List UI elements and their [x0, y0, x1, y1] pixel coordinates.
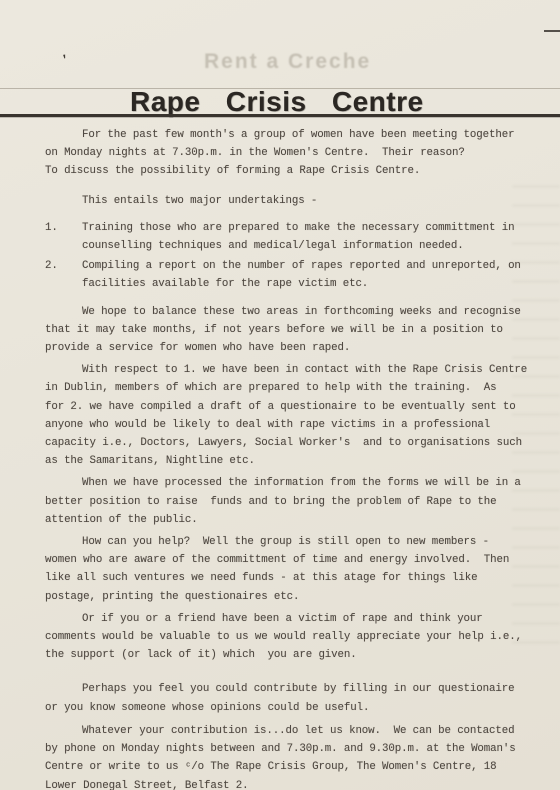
paragraph: When we have processed the information f… [45, 474, 533, 529]
text-line: We hope to balance these two areas in fo… [45, 303, 533, 321]
text-line: as the Samaritans, Nightline etc. [45, 452, 533, 470]
paragraph: Or if you or a friend have been a victim… [45, 610, 533, 665]
item-number: 1. [45, 219, 58, 237]
text-line: attention of the public. [45, 511, 533, 529]
text-line: Training those who are prepared to make … [82, 219, 533, 237]
numbered-item: 2. Compiling a report on the number of r… [45, 257, 533, 293]
text-line: This entails two major undertakings - [45, 192, 533, 210]
text-line: women who are aware of the committment o… [45, 551, 533, 569]
text-line: Or if you or a friend have been a victim… [45, 610, 533, 628]
paragraph: Whatever your contribution is...do let u… [45, 722, 533, 790]
corner-mark [544, 30, 560, 32]
text-line: With respect to 1. we have been in conta… [45, 361, 533, 379]
text-line: To discuss the possibility of forming a … [45, 162, 533, 180]
text-line: When we have processed the information f… [45, 474, 533, 492]
text-line: facilities available for the rape victim… [82, 275, 533, 293]
text-line: the support (or lack of it) which you ar… [45, 646, 533, 664]
text-line: counselling techniques and medical/legal… [82, 237, 533, 255]
document-body: For the past few month's a group of wome… [45, 121, 533, 790]
paragraph: With respect to 1. we have been in conta… [45, 361, 533, 470]
text-line: for 2. we have compiled a draft of a que… [45, 398, 533, 416]
paragraph: Perhaps you feel you could contribute by… [45, 680, 533, 716]
paragraph: This entails two major undertakings - [45, 192, 533, 210]
text-line: like all such ventures we need funds - a… [45, 569, 533, 587]
bleed-through-title: Rent a Creche [204, 50, 371, 74]
text-line: Perhaps you feel you could contribute by… [45, 680, 533, 698]
text-line: provide a service for women who have bee… [45, 339, 533, 357]
text-line: in Dublin, members of which are prepared… [45, 379, 533, 397]
paragraph: How can you help? Well the group is stil… [45, 533, 533, 606]
text-line: better position to raise funds and to br… [45, 493, 533, 511]
stray-mark: ' [61, 52, 69, 70]
text-line: Centre or write to us ᶜ/o The Rape Crisi… [45, 758, 533, 776]
text-line: Compiling a report on the number of rape… [82, 257, 533, 275]
text-line: on Monday nights at 7.30p.m. in the Wome… [45, 144, 533, 162]
text-line: For the past few month's a group of wome… [45, 126, 533, 144]
text-line: Lower Donegal Street, Belfast 2. [45, 777, 533, 790]
document-page: ' Rent a Creche Rape Crisis Centre For t… [0, 0, 560, 790]
text-line: capacity i.e., Doctors, Lawyers, Social … [45, 434, 533, 452]
title-underline [0, 114, 560, 117]
item-number: 2. [45, 257, 58, 275]
numbered-item: 1. Training those who are prepared to ma… [45, 219, 533, 255]
text-line: or you know someone whose opinions could… [45, 699, 533, 717]
paragraph: For the past few month's a group of wome… [45, 126, 533, 181]
paragraph: We hope to balance these two areas in fo… [45, 303, 533, 358]
text-line: postage, printing the questionaires etc. [45, 588, 533, 606]
text-line: Whatever your contribution is...do let u… [45, 722, 533, 740]
text-line: comments would be valuable to us we woul… [45, 628, 533, 646]
text-line: How can you help? Well the group is stil… [45, 533, 533, 551]
text-line: that it may take months, if not years be… [45, 321, 533, 339]
text-line: anyone who would be likely to deal with … [45, 416, 533, 434]
text-line: by phone on Monday nights between and 7.… [45, 740, 533, 758]
